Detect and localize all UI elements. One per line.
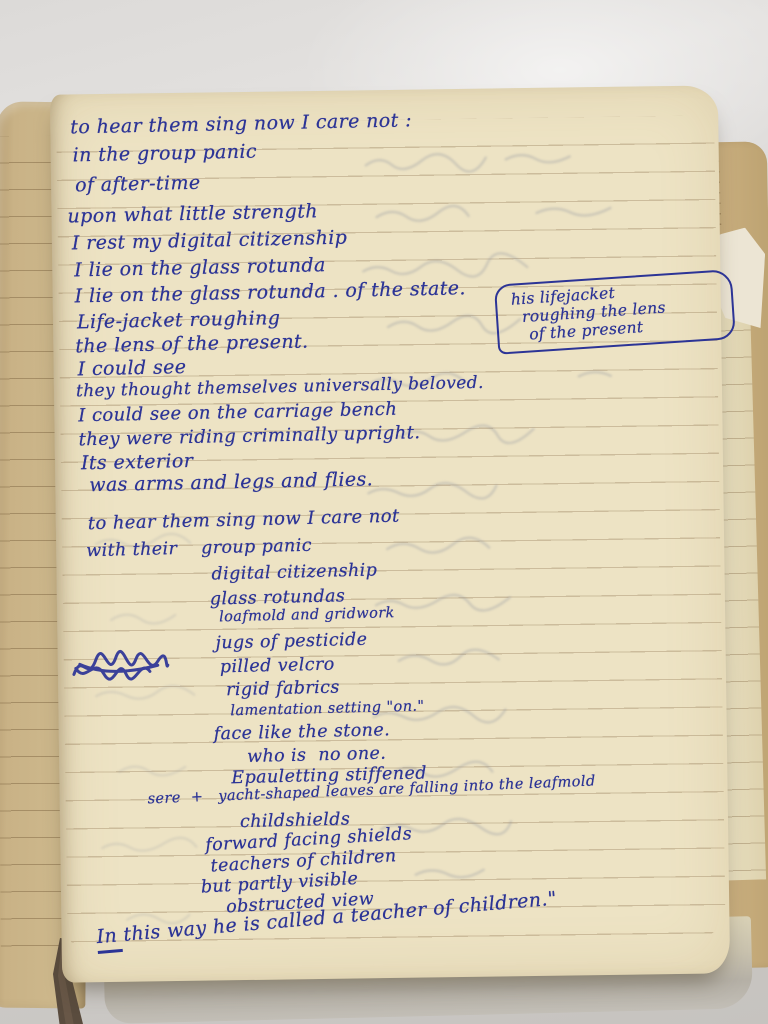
handwritten-line: of after-time <box>75 172 201 197</box>
handwritten-line: I could see <box>77 356 186 380</box>
stanza-1: to hear them sing now I care not : in th… <box>50 85 718 94</box>
handwritten-line: in the group panic <box>72 141 257 167</box>
handwritten-line: jugs of pesticide <box>215 630 367 654</box>
handwritten-line: digital citizenship <box>211 560 377 584</box>
handwritten-line: rigid fabrics <box>226 678 340 701</box>
scribbled-out-word <box>70 643 171 688</box>
handwritten-line: Its exterior <box>81 450 194 474</box>
notebook-photo: to hear them sing now I care not : in th… <box>0 0 768 1024</box>
handwritten-line: pilled velcro <box>220 655 335 678</box>
notebook-page: to hear them sing now I care not : in th… <box>50 85 730 982</box>
handwritten-line: Life-jacket roughing <box>77 307 281 333</box>
stanza-2: to hear them sing now I care not with th… <box>50 85 718 94</box>
underline-mark <box>98 949 123 954</box>
handwritten-line: who is no one. <box>247 744 387 767</box>
